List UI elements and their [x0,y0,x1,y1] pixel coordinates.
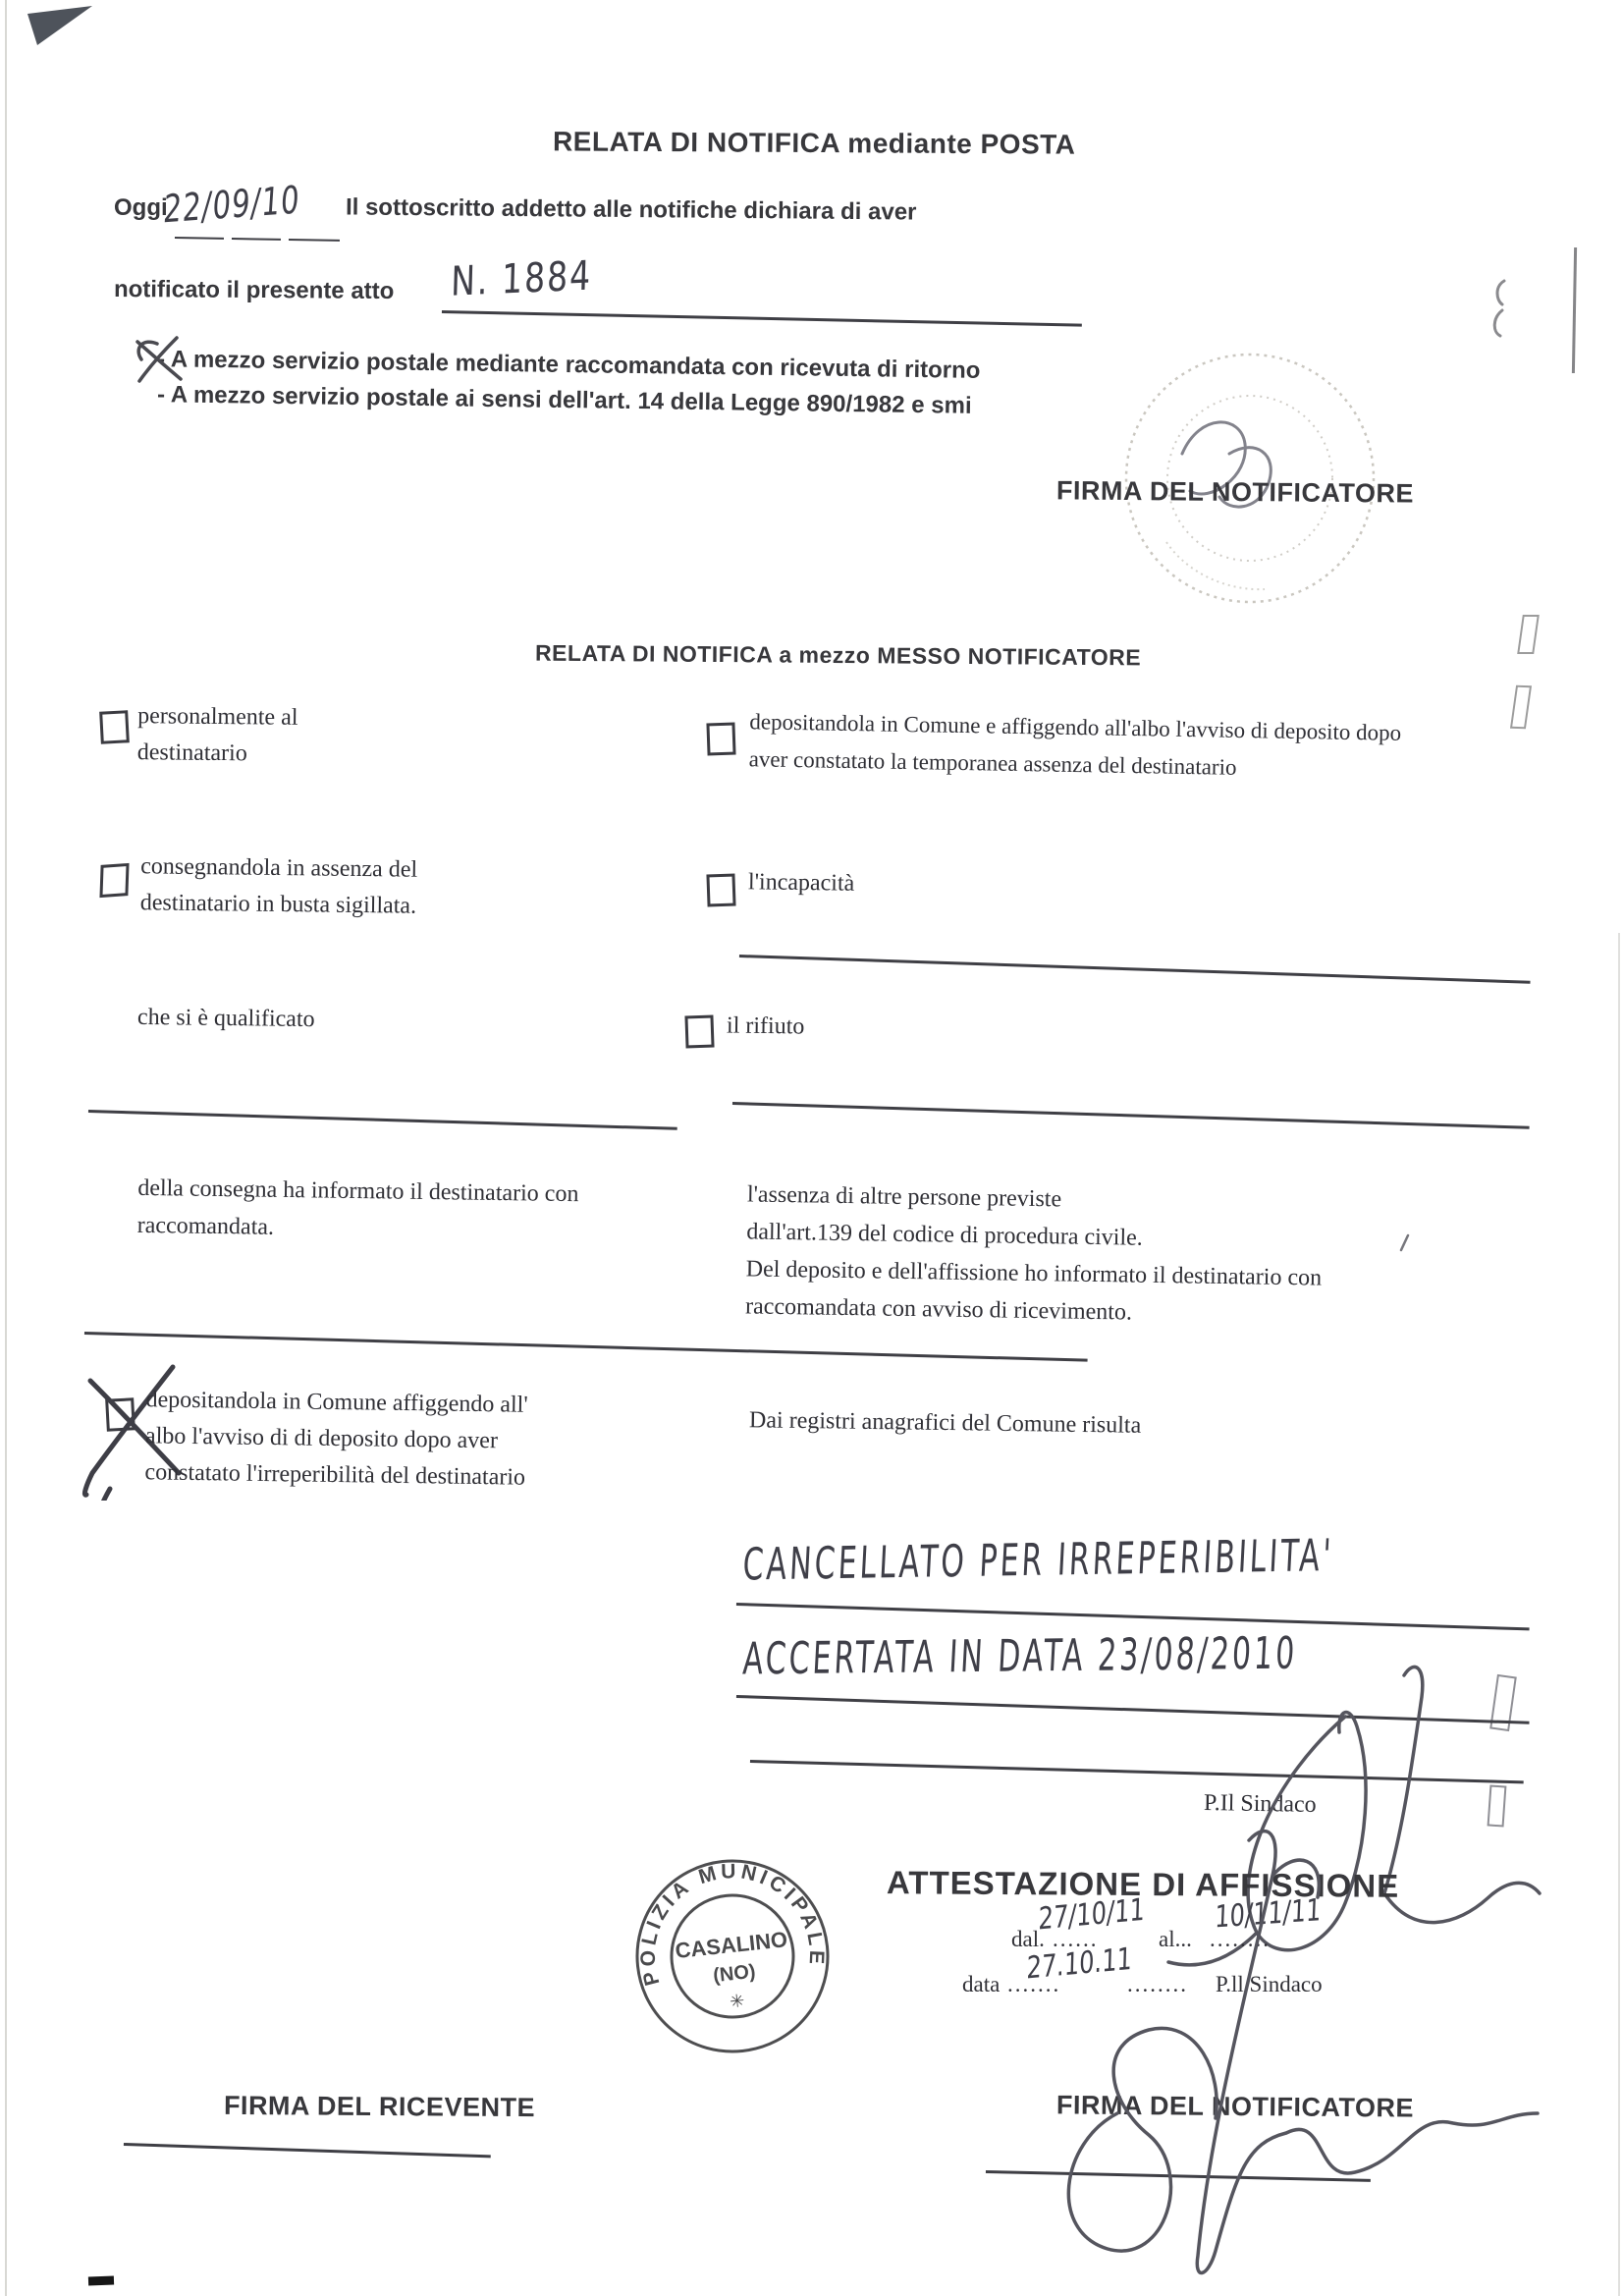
scan-mark-bottom-left [88,2276,114,2286]
rule-right-2 [732,1102,1530,1129]
qualificato-text: che si è qualificato [137,1005,315,1033]
option-incapacita-label: l'incapacità [748,869,855,898]
option-consegna-busta-line1: consegnandola in assenza del [140,848,417,888]
registri-text: Dai registri anagrafici del Comune risul… [749,1407,1142,1440]
option-irreperibilita-line2: albo l'avviso di di deposito dopo aver [145,1418,528,1459]
notificatore-signature [992,1819,1591,2290]
x-mark-postal-icon [128,330,189,387]
scan-hole-mark-1 [1517,615,1540,654]
rule-wide-1 [84,1332,1088,1362]
option-irreperibilita: depositandola in Comune affiggendo all' … [144,1382,528,1496]
stamp-bottom-symbol: ✳ [729,1991,745,2012]
consegna-paragraph-line2: raccomandata. [136,1207,578,1250]
postal-option-2: - A mezzo servizio postale ai sensi dell… [157,381,972,420]
option-personalmente: personalmente al destinatario [137,698,298,773]
option-irreperibilita-line1: depositandola in Comune affiggendo all' [145,1382,528,1423]
option-consegna-busta: consegnandola in assenza del destinatari… [140,848,418,924]
firma-notificatore-top-label: FIRMA DEL NOTIFICATORE [1056,475,1414,509]
document-title: RELATA DI NOTIFICA mediante POSTA [553,126,1076,160]
notifier-initials-signature [1159,393,1306,540]
firma-ricevente-label: FIRMA DEL RICEVENTE [224,2091,535,2123]
option-deposito-temporanea: depositandola in Comune e affiggendo all… [748,703,1401,790]
postal-option-1: - A mezzo servizio postale mediante racc… [157,346,981,385]
checkbox-consegna-busta-icon [99,863,129,898]
checkbox-incapacita-icon [706,874,735,907]
option-consegna-busta-line2: destinatario in busta sigillata. [140,885,417,924]
option-personalmente-line2: destinatario [137,735,298,773]
atto-underline [442,310,1082,327]
checkbox-rifiuto-icon [684,1015,714,1049]
option-rifiuto-label: il rifiuto [727,1012,805,1040]
handwritten-date: 22/09/10 [162,177,301,232]
scanned-document-page: RELATA DI NOTIFICA mediante POSTA Oggi 2… [0,0,1623,2296]
scan-stroke-right [1572,247,1577,373]
rule-left-1 [88,1110,677,1130]
stamp-center-line1: CASALINO [674,1927,788,1963]
handwritten-cancellato: CANCELLATO PER IRREPERIBILITA' [741,1531,1334,1592]
consegna-paragraph: della consegna ha informato il destinata… [136,1170,578,1250]
scan-hole-mark-2 [1510,685,1532,730]
scan-edge-right [1618,933,1620,2296]
assenza-paragraph: l'assenza di altre persone previste dall… [745,1175,1324,1334]
scan-squiggle-right [1485,277,1520,340]
date-underline-2 [232,238,281,241]
checkbox-deposito-temporanea-icon [706,723,735,756]
intro-text: Il sottoscritto addetto alle notifiche d… [346,193,917,226]
firma-ricevente-rule [124,2143,491,2158]
consegna-paragraph-line1: della consegna ha informato il destinata… [137,1170,579,1213]
date-underline-3 [289,239,340,242]
handwritten-atto-number: N. 1884 [451,251,593,305]
handwriting-rule-1 [736,1603,1530,1630]
option-irreperibilita-line3: constatato l'irreperibilità del destinat… [144,1454,527,1496]
date-underline-1 [175,237,224,240]
checkbox-personalmente-icon [99,710,130,743]
scan-edge-left [5,0,7,2296]
rule-right-1 [739,955,1531,984]
option-personalmente-line1: personalmente al [137,698,298,737]
messo-section-title: RELATA DI NOTIFICA a mezzo MESSO NOTIFIC… [535,640,1141,672]
scan-tick-mark [1398,1233,1412,1253]
scan-corner-triangle [27,6,96,49]
atto-label: notificato il presente atto [114,276,395,305]
stamp-center-line2: (NO) [712,1961,756,1987]
polizia-municipale-stamp: POLIZIA MUNICIPALE CASALINO (NO) ✳ [619,1842,847,2071]
oggi-label: Oggi [114,194,168,222]
